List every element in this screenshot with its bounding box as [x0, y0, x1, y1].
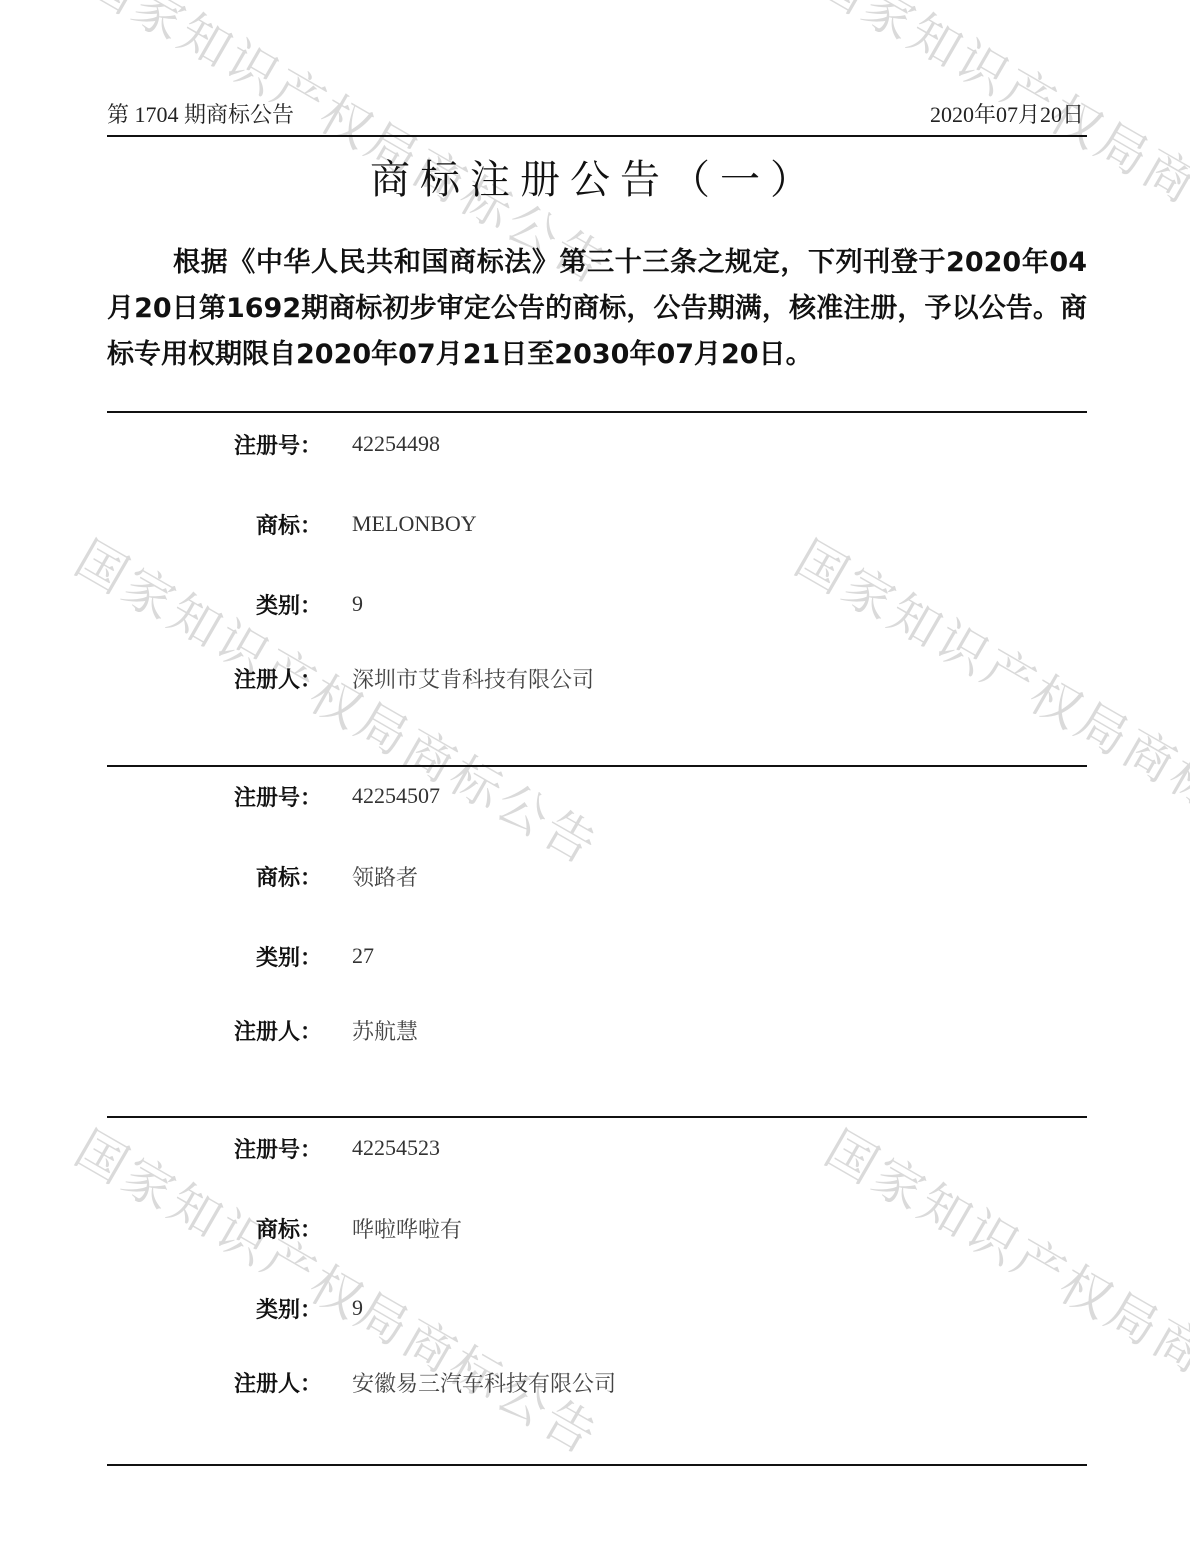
registrant-value: 安徽易三汽车科技有限公司: [352, 1367, 616, 1398]
watermark: 国家知识产权局商标公告: [64, 520, 614, 879]
registrant-label: 注册人：: [0, 1367, 322, 1398]
reg-no-value: 42254523: [352, 1135, 440, 1161]
class-label: 类别：: [0, 1293, 322, 1324]
section-divider: [107, 1464, 1087, 1466]
watermark: 国家知识产权局商标公告: [814, 1110, 1190, 1469]
mark-value: 哗啦哗啦有: [352, 1213, 462, 1244]
class-value: 9: [352, 1295, 363, 1321]
header-rule: [107, 135, 1087, 137]
reg-no-label: 注册号：: [0, 781, 322, 812]
registrant-value: 深圳市艾肯科技有限公司: [352, 663, 594, 694]
reg-no-label: 注册号：: [0, 1133, 322, 1164]
intro-paragraph: 根据《中华人民共和国商标法》第三十三条之规定，下列刊登于2020年04月20日第…: [107, 240, 1087, 378]
section-divider: [107, 1116, 1087, 1118]
reg-no-value: 42254498: [352, 431, 440, 457]
registrant-value: 苏航慧: [352, 1015, 418, 1046]
mark-value: 领路者: [352, 861, 418, 892]
class-label: 类别：: [0, 589, 322, 620]
issue-number: 第 1704 期商标公告: [107, 98, 294, 129]
mark-label: 商标：: [0, 1213, 322, 1244]
registrant-label: 注册人：: [0, 1015, 322, 1046]
class-value: 9: [352, 591, 363, 617]
section-divider: [107, 411, 1087, 413]
mark-label: 商标：: [0, 509, 322, 540]
class-label: 类别：: [0, 941, 322, 972]
mark-label: 商标：: [0, 861, 322, 892]
registrant-label: 注册人：: [0, 663, 322, 694]
issue-date: 2020年07月20日: [930, 98, 1084, 129]
section-divider: [107, 765, 1087, 767]
watermark: 国家知识产权局商标公告: [784, 520, 1190, 879]
reg-no-value: 42254507: [352, 783, 440, 809]
page-title: 商标注册公告（一）: [0, 148, 1190, 205]
watermark: 国家知识产权局商标公告: [64, 1110, 614, 1469]
reg-no-label: 注册号：: [0, 429, 322, 460]
class-value: 27: [352, 943, 374, 969]
mark-value: MELONBOY: [352, 511, 477, 537]
